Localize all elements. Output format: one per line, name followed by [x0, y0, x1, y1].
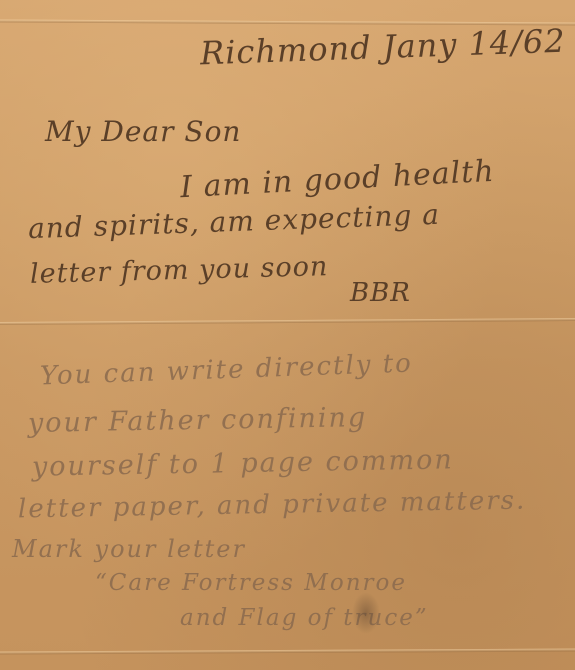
- dateline: Richmond Jany 14/62: [199, 22, 566, 73]
- salutation: My Dear Son: [45, 115, 241, 148]
- postscript-line: letter paper, and private matters.: [18, 486, 527, 525]
- body-line: I am in good health: [179, 154, 495, 205]
- postscript-line: “Care Fortress Monroe: [95, 570, 407, 596]
- postscript-line: yourself to 1 page common: [32, 444, 454, 482]
- signature: BBR: [350, 278, 411, 308]
- letter-page: Richmond Jany 14/62 My Dear Son I am in …: [0, 0, 575, 670]
- postscript-line: Mark your letter: [12, 535, 246, 563]
- fold-crease-middle: [0, 318, 575, 325]
- body-line: letter from you soon: [30, 251, 329, 290]
- ink-smudge: [352, 592, 380, 634]
- postscript-line: your Father confining: [28, 402, 368, 439]
- fold-crease-bottom: [0, 648, 575, 654]
- body-line: and spirits, am expecting a: [28, 198, 441, 245]
- postscript-line: You can write directly to: [40, 349, 414, 392]
- postscript-line: and Flag of truce”: [180, 605, 429, 631]
